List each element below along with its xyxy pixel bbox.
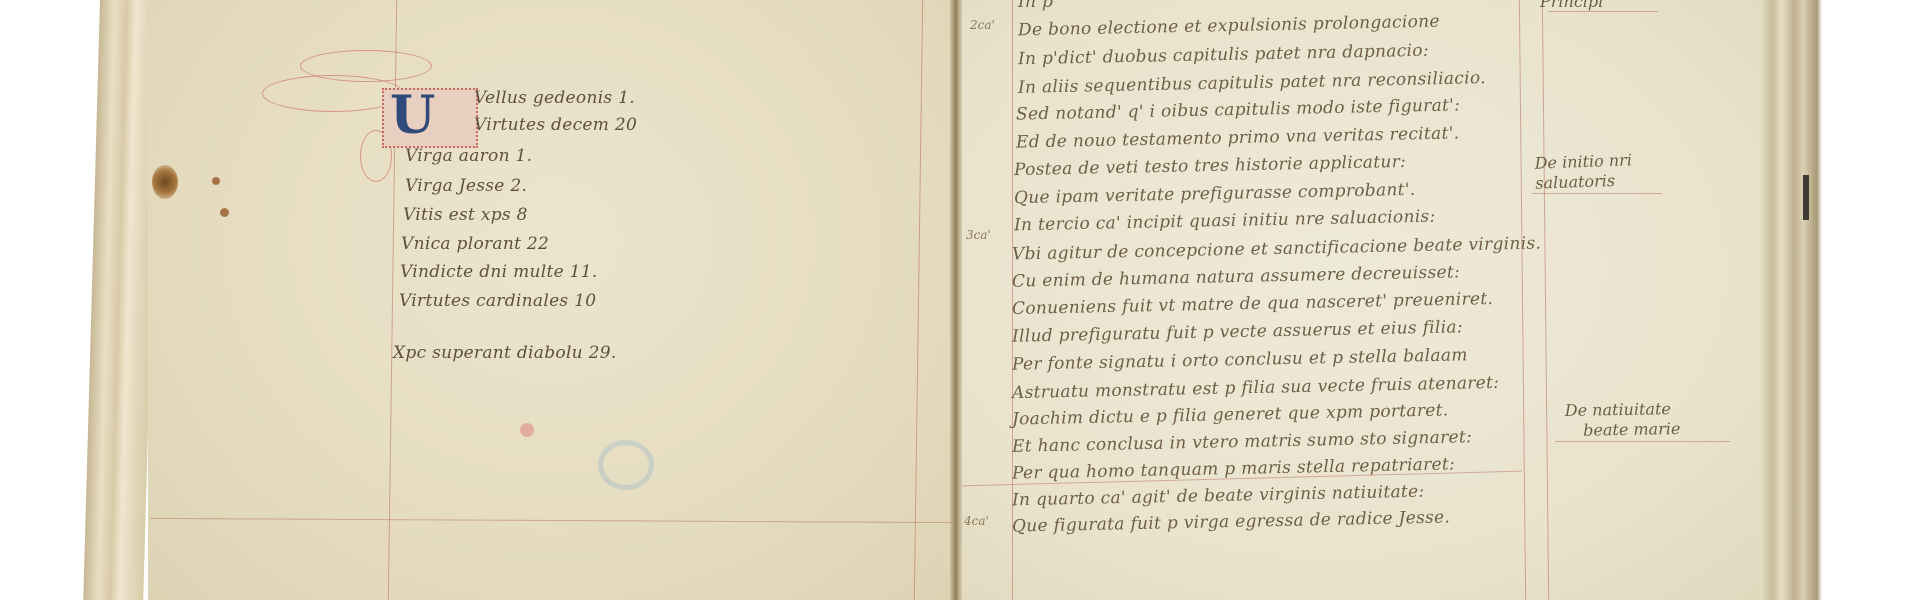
initial-letter: U <box>390 88 435 144</box>
index-entry: Virga Jesse 2. <box>405 176 527 196</box>
ruling-line <box>1555 441 1730 442</box>
chapter-gloss: 2ca' <box>970 18 995 32</box>
margin-note: Principi <box>1540 0 1603 12</box>
chapter-gloss: 3ca' <box>966 228 991 242</box>
index-entry: Vitis est xps 8 <box>403 205 528 225</box>
index-entry: Vnica plorant 22 <box>401 234 549 254</box>
index-entry: Vellus gedeonis 1. <box>474 88 635 108</box>
index-entry: Virtutes cardinales 10 <box>399 291 596 311</box>
stain <box>152 165 178 199</box>
index-entry: Virga aaron 1. <box>405 146 532 166</box>
index-entry: Virtutes decem 20 <box>474 115 637 135</box>
stain <box>212 177 220 185</box>
text-line: In p <box>1018 0 1053 12</box>
right-page-edges <box>1760 0 1822 600</box>
stain <box>520 423 534 437</box>
open-manuscript: U Vellus gedeonis 1. Virtutes decem 20 V… <box>0 0 1920 600</box>
index-entry: Vindicte dni multe 11. <box>400 262 598 282</box>
margin-note: De natiuitate beate marie <box>1565 399 1681 441</box>
decorated-initial: U <box>382 88 478 148</box>
chapter-gloss: 4ca' <box>964 514 989 528</box>
margin-note: De initio nri saluatoris <box>1534 150 1633 193</box>
ribbon-tab <box>1803 175 1809 220</box>
ruling-line <box>1532 193 1662 194</box>
offset-stain <box>598 440 654 490</box>
stain <box>220 208 229 217</box>
red-penwork-flourish <box>300 50 432 82</box>
index-entry: Xpc superant diabolu 29. <box>393 343 617 363</box>
